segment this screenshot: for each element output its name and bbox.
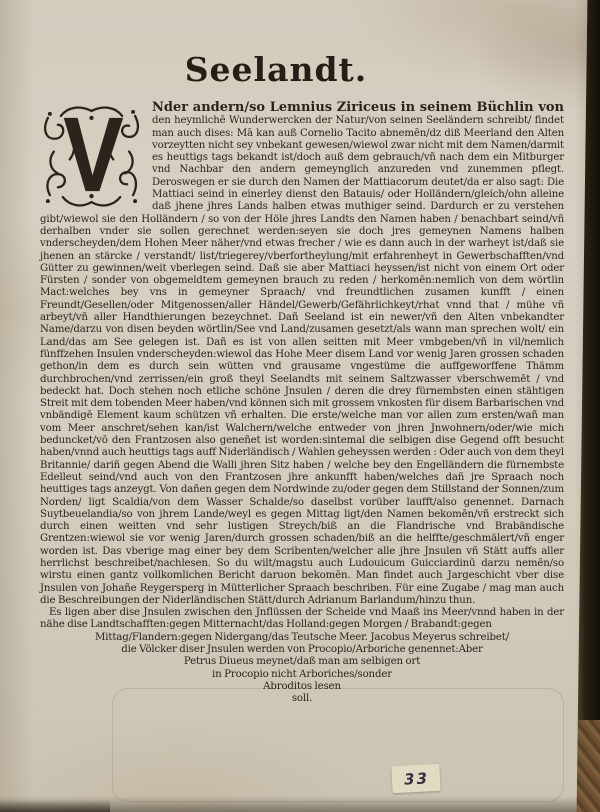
tapered-line: Abroditos lesen (40, 681, 564, 693)
main-paragraph: Nder andern/so Lemnius Ziriceus in seine… (40, 102, 564, 607)
second-paragraph: Es ligen aber dise Jnsulen zwischen den … (40, 607, 564, 632)
tapered-line: Petrus Diueus meynet/daß man am selbigen… (40, 656, 564, 668)
text-block: Seelandt. (40, 50, 564, 706)
tapered-line: in Procopio nicht Arboriches/sonder (40, 669, 564, 681)
tapered-colophon: Mittag/Flandern:gegen Nidergang/das Teut… (40, 632, 564, 706)
book-page: Seelandt. (0, 0, 600, 812)
sticker-number: 33 (402, 769, 429, 788)
tapered-line: soll. (40, 693, 564, 705)
opening-line: Nder andern/so Lemnius Ziriceus in seine… (152, 100, 564, 115)
book-photo: Seelandt. (0, 0, 600, 812)
page-title: Seelandt. (14, 50, 538, 89)
woodcut-initial-icon (40, 104, 143, 209)
tapered-line: Mittag/Flandern:gegen Nidergang/das Teut… (40, 632, 564, 644)
inventory-sticker: 33 (391, 764, 440, 793)
bottom-left-shadow (0, 800, 110, 812)
tapered-line: die Völcker diser Jnsulen werden von Pro… (40, 644, 564, 656)
